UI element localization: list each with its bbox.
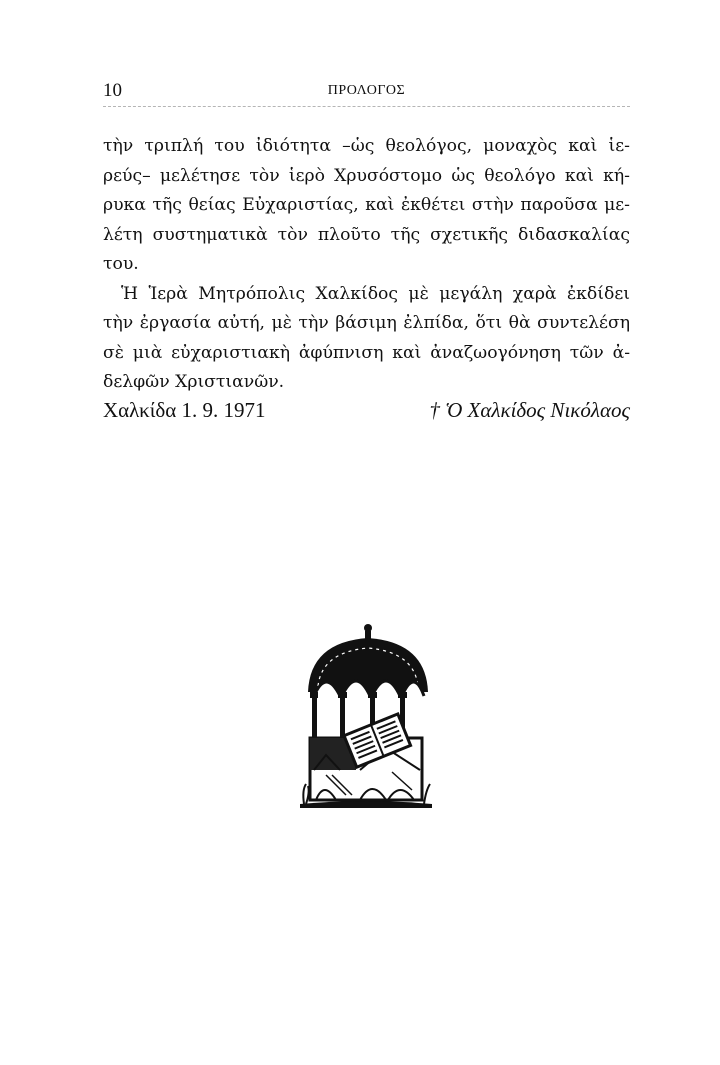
paragraph-2: Ἡ Ἱερὰ Μητρόπολις Χαλκίδος μὲ μεγάλη χαρ… bbox=[103, 280, 630, 398]
text-line: ρεύς– μελέτησε τὸν ἱερὸ Χρυσόστομο ὡς θε… bbox=[103, 162, 630, 192]
ciborium-with-open-book-icon bbox=[296, 620, 436, 815]
body-text: τὴν τριπλή του ἰδιότητα –ὡς θεολόγος, μο… bbox=[103, 132, 630, 398]
text-line: Ἡ Ἱερὰ Μητρόπολις Χαλκίδος μὲ μεγάλη χαρ… bbox=[103, 280, 630, 310]
text-line: δελφῶν Χριστιανῶν. bbox=[103, 368, 630, 398]
text-line: τὴν τριπλή του ἰδιότητα –ὡς θεολόγος, μο… bbox=[103, 132, 630, 162]
text-line: σὲ μιὰ εὐχαριστιακὴ ἀφύπνιση καὶ ἀναζωογ… bbox=[103, 339, 630, 369]
signatory: † Ὁ Χαλκίδος Νικόλαος bbox=[429, 398, 630, 423]
text-line: τὴν ἐργασία αὐτή, μὲ τὴν βάσιμη ἐλπίδα, … bbox=[103, 309, 630, 339]
text-line: ρυκα τῆς θείας Εὐχαριστίας, καὶ ἐκθέτει … bbox=[103, 191, 630, 221]
signature-block: Χαλκίδα 1. 9. 1971 † Ὁ Χαλκίδος Νικόλαος bbox=[103, 398, 630, 428]
place-date: Χαλκίδα 1. 9. 1971 bbox=[103, 398, 266, 423]
header-rule bbox=[103, 106, 630, 107]
page-header: 10 ΠΡΟΛΟΓΟΣ bbox=[103, 80, 630, 104]
text-line: του. bbox=[103, 250, 630, 280]
running-title: ΠΡΟΛΟΓΟΣ bbox=[103, 83, 630, 99]
paragraph-1: τὴν τριπλή του ἰδιότητα –ὡς θεολόγος, μο… bbox=[103, 132, 630, 280]
text-line: λέτη συστηματικὰ τὸν πλοῦτο τῆς σχετικῆς… bbox=[103, 221, 630, 251]
